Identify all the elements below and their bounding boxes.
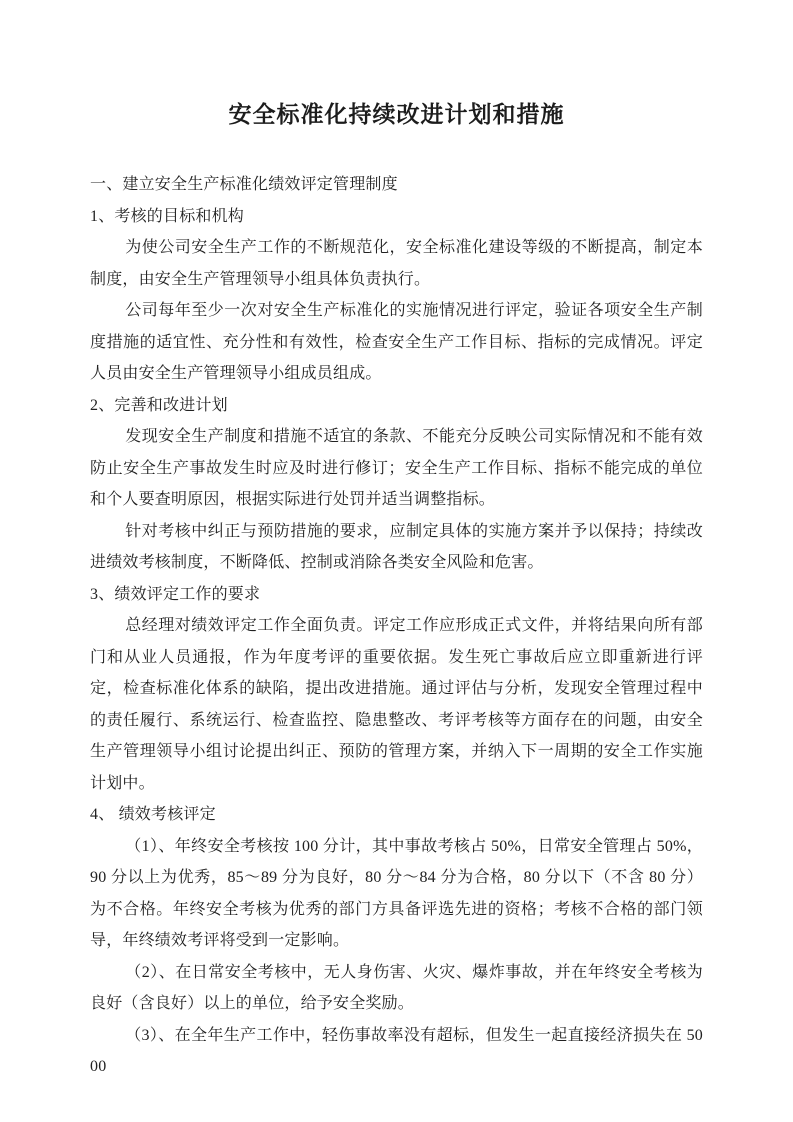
- document-body: 一、建立安全生产标准化绩效评定管理制度 1、考核的目标和机构 为使公司安全生产工…: [90, 169, 703, 1083]
- paragraph: 总经理对绩效评定工作全面负责。评定工作应形成正式文件，并将结果向所有部门和从业人…: [90, 610, 703, 799]
- paragraph: （3）、在全年生产工作中，轻伤事故率没有超标，但发生一起直接经济损失在 5000: [90, 1020, 703, 1083]
- paragraph: （2）、在日常安全考核中，无人身伤害、火灾、爆炸事故，并在年终安全考核为良好（含…: [90, 957, 703, 1020]
- sub-heading-4: 4、 绩效考核评定: [90, 799, 703, 831]
- paragraph: 发现安全生产制度和措施不适宜的条款、不能充分反映公司实际情况和不能有效防止安全生…: [90, 421, 703, 516]
- paragraph: （1）、年终安全考核按 100 分计，其中事故考核占 50%，日常安全管理占 5…: [90, 831, 703, 957]
- sub-heading-2: 2、完善和改进计划: [90, 390, 703, 422]
- paragraph: 公司每年至少一次对安全生产标准化的实施情况进行评定，验证各项安全生产制度措施的适…: [90, 295, 703, 390]
- document-title: 安全标准化持续改进计划和措施: [90, 98, 703, 131]
- paragraph: 针对考核中纠正与预防措施的要求，应制定具体的实施方案并予以保持；持续改进绩效考核…: [90, 516, 703, 579]
- document-page: 安全标准化持续改进计划和措施 一、建立安全生产标准化绩效评定管理制度 1、考核的…: [0, 0, 793, 1122]
- sub-heading-1: 1、考核的目标和机构: [90, 201, 703, 233]
- sub-heading-3: 3、绩效评定工作的要求: [90, 579, 703, 611]
- paragraph: 为使公司安全生产工作的不断规范化，安全标准化建设等级的不断提高，制定本制度，由安…: [90, 232, 703, 295]
- section-heading-1: 一、建立安全生产标准化绩效评定管理制度: [90, 169, 703, 201]
